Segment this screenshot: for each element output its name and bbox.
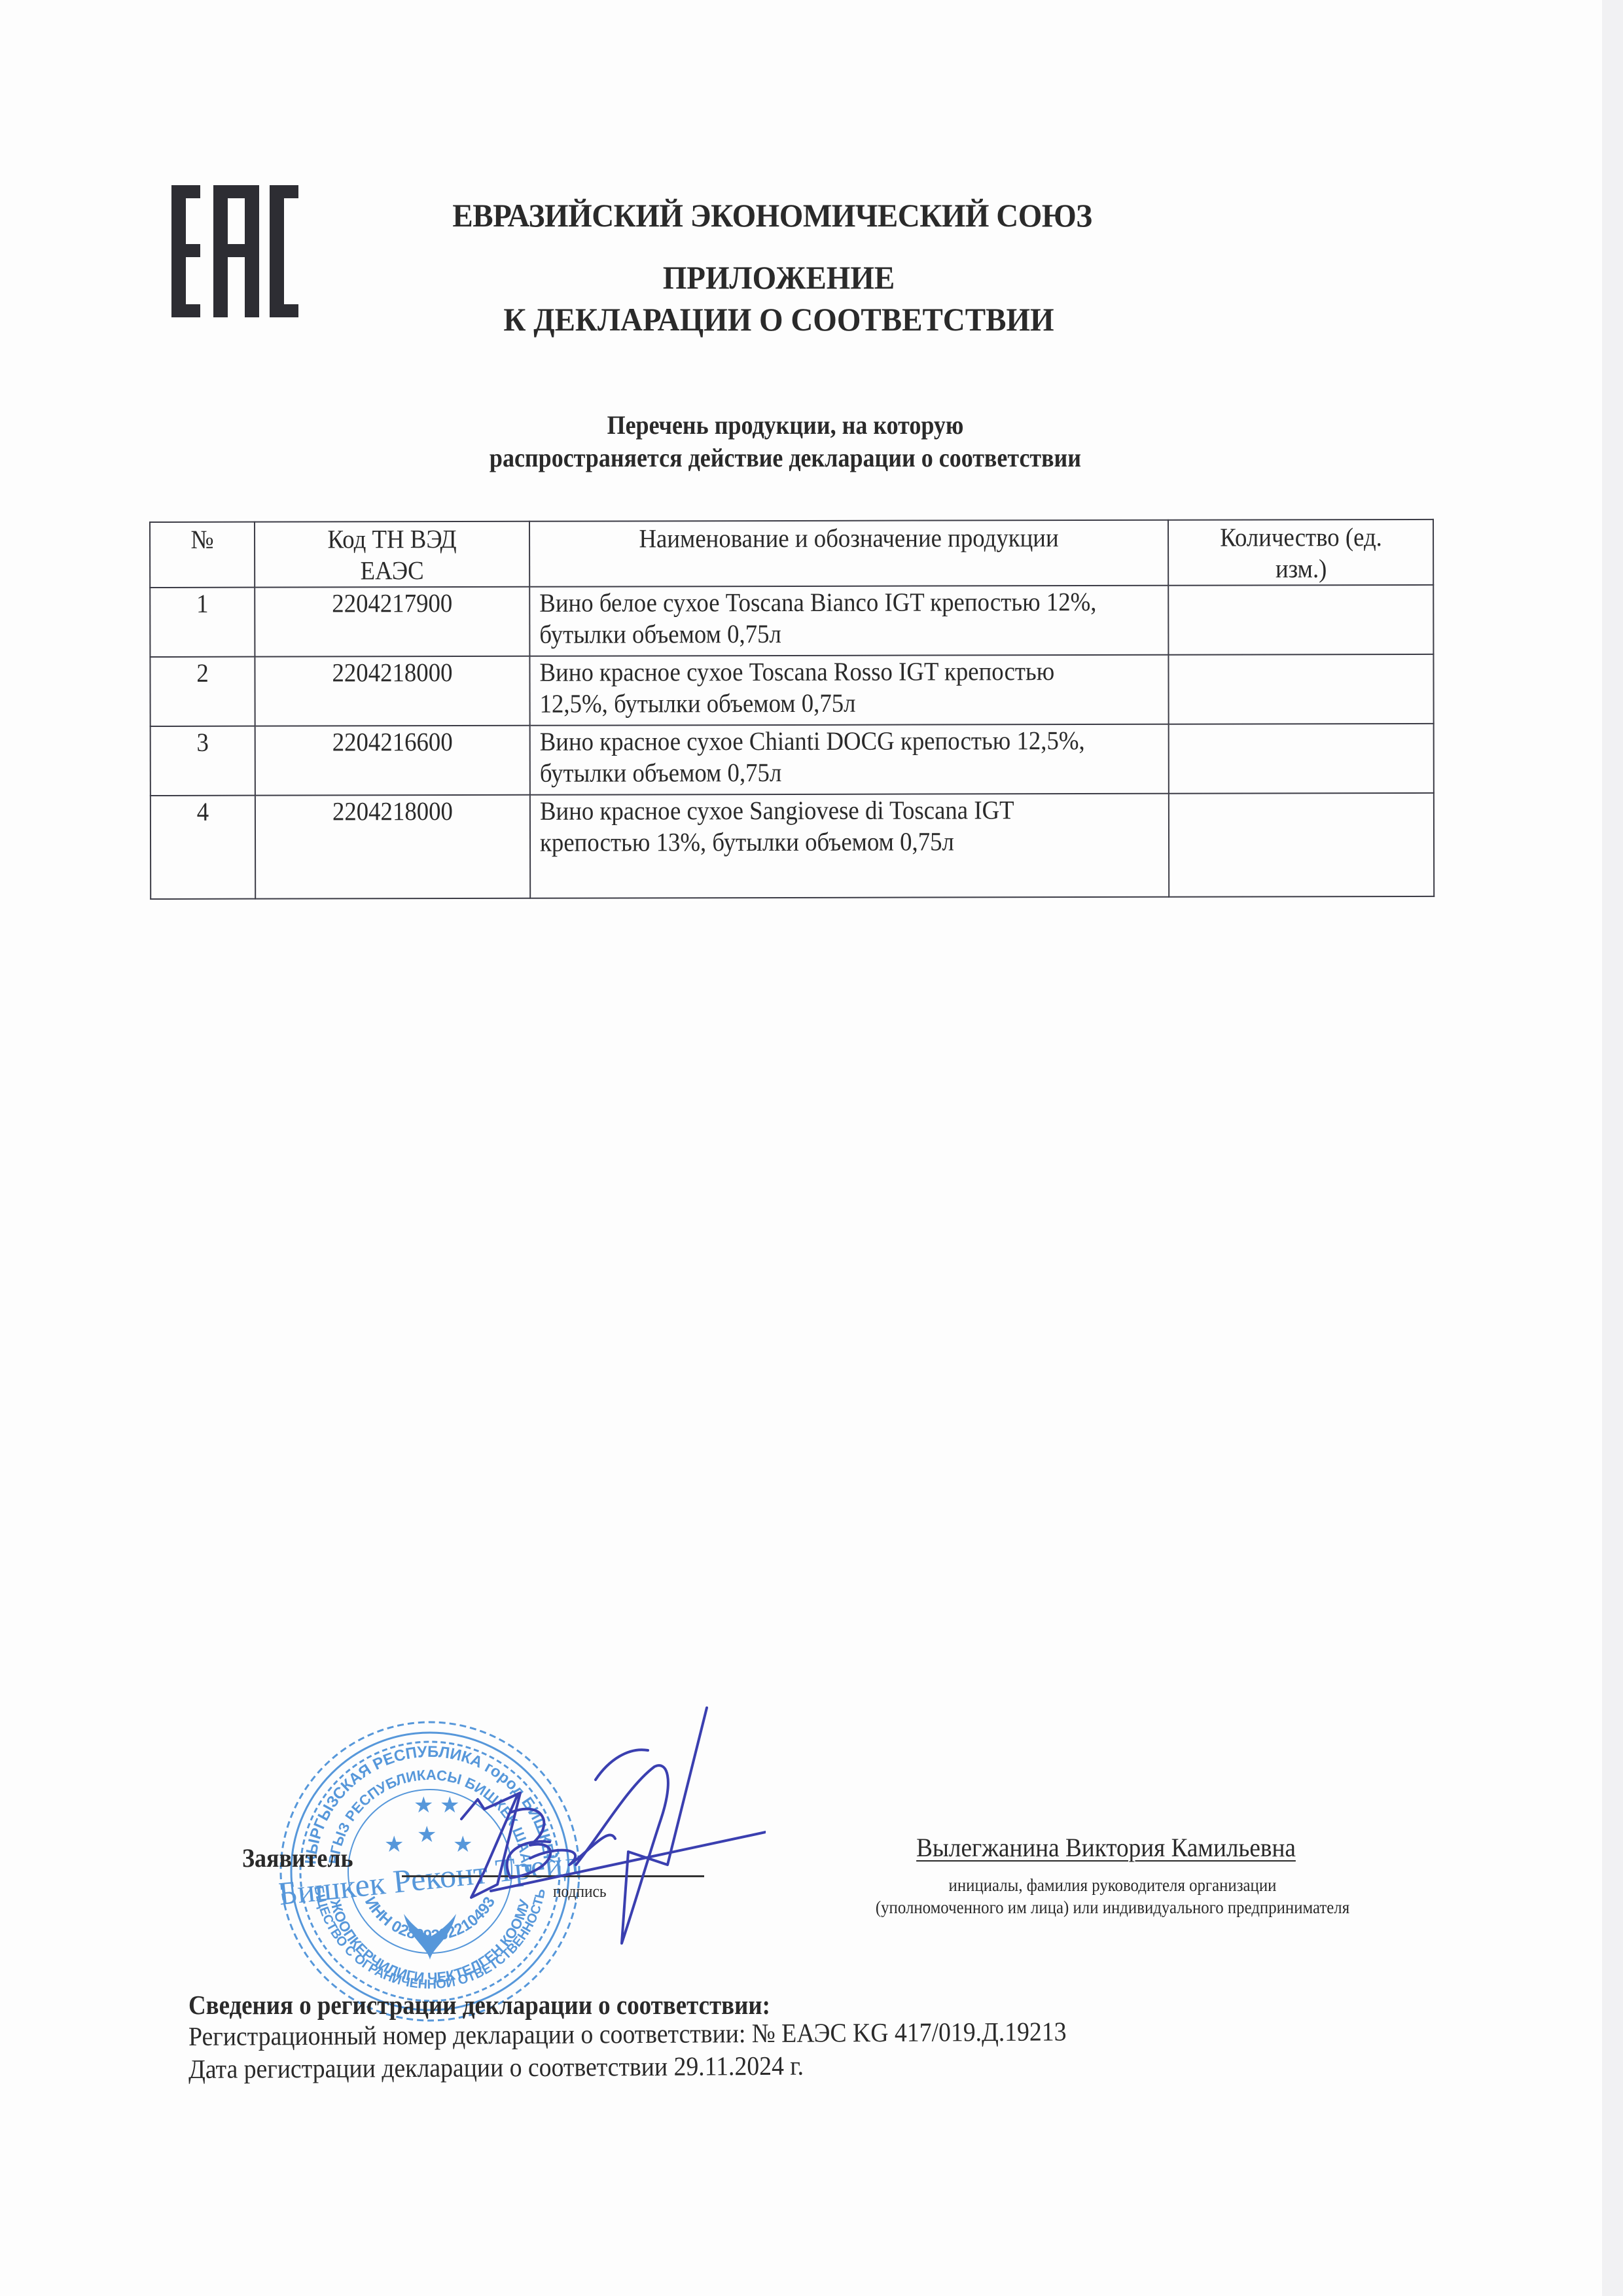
row-code: 2204218000 <box>255 795 530 899</box>
registration-date: Дата регистрации декларации о соответств… <box>188 2050 804 2085</box>
product-list-title: Перечень продукции, на которую распростр… <box>402 409 1168 474</box>
table-header-row: № Код ТН ВЭД ЕАЭС Наименование и обознач… <box>150 520 1433 588</box>
row-quantity <box>1168 585 1433 655</box>
product-table: № Код ТН ВЭД ЕАЭС Наименование и обознач… <box>149 519 1435 900</box>
column-header-name: Наименование и обозначение продукции <box>529 520 1168 587</box>
row-product-name: Вино красное сухое Toscana Rosso IGT кре… <box>529 655 1168 726</box>
row-number: 4 <box>151 796 255 899</box>
product-list-title-line1: Перечень продукции, на которую <box>402 409 1168 442</box>
svg-text:★: ★ <box>384 1833 404 1857</box>
registration-heading: Сведения о регистрации декларации о соот… <box>188 1989 770 2021</box>
row-code: 2204216600 <box>255 726 530 796</box>
row-code: 2204217900 <box>255 587 529 657</box>
signer-caption-line1: инициалы, фамилия руководителя организац… <box>811 1874 1414 1896</box>
svg-text:★: ★ <box>414 1793 433 1818</box>
svg-text:★: ★ <box>417 1823 437 1847</box>
table-row: 3 2204216600 Вино красное сухое Chianti … <box>151 724 1434 796</box>
scan-edge <box>1602 0 1623 2296</box>
appendix-title-line1: ПРИЛОЖЕНИЕ <box>440 256 1117 298</box>
column-header-number: № <box>150 522 255 588</box>
table-row: 2 2204218000 Вино красное сухое Toscana … <box>150 654 1433 726</box>
table-row: 1 2204217900 Вино белое сухое Toscana Bi… <box>150 585 1433 657</box>
row-number: 1 <box>150 588 255 657</box>
row-quantity <box>1169 793 1434 897</box>
appendix-title: ПРИЛОЖЕНИЕ К ДЕКЛАРАЦИИ О СООТВЕТСТВИИ <box>440 256 1117 340</box>
product-list-title-line2: распространяется действие декларации о с… <box>402 442 1168 474</box>
signer-caption-line2: (уполномоченного им лица) или индивидуал… <box>811 1896 1414 1918</box>
signer-name: Вылегжанина Виктория Камильевна <box>881 1832 1331 1863</box>
row-product-name: Вино красное сухое Chianti DOCG крепость… <box>530 724 1169 795</box>
row-number: 2 <box>150 657 255 726</box>
eac-mark-icon <box>171 185 300 317</box>
applicant-label: Заявитель <box>242 1843 353 1873</box>
row-product-name: Вино красное сухое Sangiovese di Toscana… <box>530 794 1169 898</box>
column-header-code: Код ТН ВЭД ЕАЭС <box>255 521 529 588</box>
union-title: ЕВРАЗИЙСКИЙ ЭКОНОМИЧЕСКИЙ СОЮЗ <box>409 196 1135 234</box>
appendix-title-line2: К ДЕКЛАРАЦИИ О СООТВЕТСТВИИ <box>440 298 1117 340</box>
row-number: 3 <box>151 726 255 796</box>
handwritten-signature <box>458 1688 766 1976</box>
signer-caption: инициалы, фамилия руководителя организац… <box>811 1874 1414 1918</box>
svg-text:★: ★ <box>440 1793 459 1818</box>
row-quantity <box>1169 724 1434 794</box>
row-product-name: Вино белое сухое Toscana Bianco IGT креп… <box>529 586 1168 656</box>
row-code: 2204218000 <box>255 656 529 726</box>
row-quantity <box>1168 654 1433 724</box>
table-row: 4 2204218000 Вино красное сухое Sangiove… <box>151 793 1434 899</box>
registration-number: Регистрационный номер декларации о соотв… <box>188 2015 1067 2052</box>
column-header-quantity: Количество (ед. изм.) <box>1168 520 1433 586</box>
